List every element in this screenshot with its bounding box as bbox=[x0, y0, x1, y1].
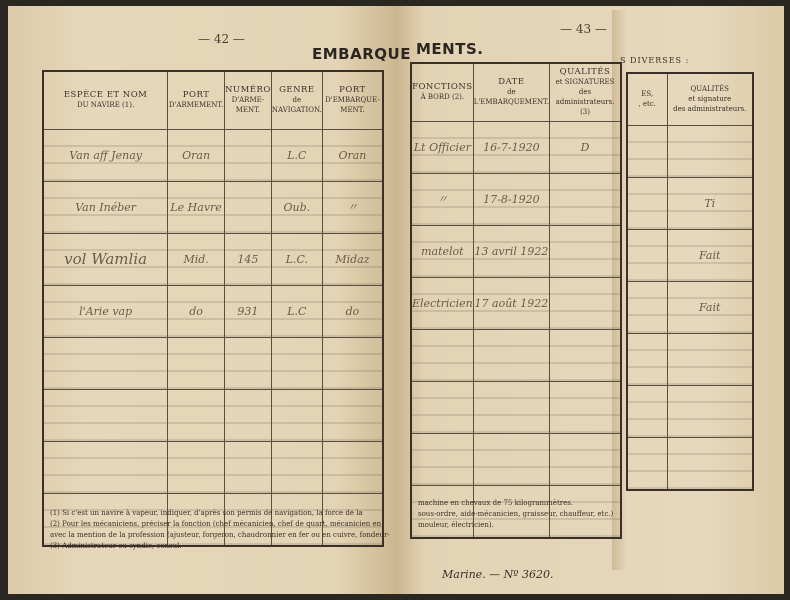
table-row: Van InéberLe HavreOub.〃 bbox=[43, 181, 383, 233]
table-row: Electricien17 août 1922 bbox=[411, 277, 621, 329]
table-row: Ti bbox=[627, 177, 753, 229]
table-row bbox=[627, 385, 753, 437]
col-port-embarquement: PORTD'EMBARQUE-MENT. bbox=[322, 71, 383, 129]
col-flap-1: ES,, etc. bbox=[627, 73, 667, 125]
table-row bbox=[627, 125, 753, 177]
table-row: matelot13 avril 1922 bbox=[411, 225, 621, 277]
flap-header: S DIVERSES : bbox=[620, 56, 689, 65]
table-row bbox=[627, 333, 753, 385]
table-row: 〃17-8-1920 bbox=[411, 173, 621, 225]
table-row: Fait bbox=[627, 281, 753, 333]
table-row bbox=[43, 389, 383, 441]
right-page-title: MENTS. bbox=[416, 40, 483, 58]
col-fonctions: FONCTIONSÀ BORD (2). bbox=[411, 63, 473, 121]
embarkation-table-left: ESPÈCE ET NOMDU NAVIRE (1). PORTD'ARMEME… bbox=[42, 70, 384, 547]
col-qualites-signatures: QUALITÉSet SIGNATURESdes administrateurs… bbox=[550, 63, 621, 121]
table-row bbox=[43, 441, 383, 493]
col-port-armement: PORTD'ARMEMENT. bbox=[168, 71, 225, 129]
diverses-table: ES,, etc. QUALITÉSet signaturedes admini… bbox=[626, 72, 754, 491]
col-genre-navigation: GENREde NAVIGATION. bbox=[271, 71, 322, 129]
col-flap-qualites: QUALITÉSet signaturedes administrateurs. bbox=[667, 73, 753, 125]
table-row bbox=[411, 433, 621, 485]
left-page-number: — 42 — bbox=[198, 32, 245, 46]
table-row: vol WamliaMid.145L.C.Midaz bbox=[43, 233, 383, 285]
table-row bbox=[411, 381, 621, 433]
left-footnotes: (1) Si c'est un navire à vapeur, indique… bbox=[50, 508, 390, 552]
col-numero-armement: NUMÉROD'ARME-MENT. bbox=[224, 71, 271, 129]
col-date-embarquement: DATEdeL'EMBARQUEMENT. bbox=[473, 63, 549, 121]
table-row: Fait bbox=[627, 229, 753, 281]
embarkation-table-right: FONCTIONSÀ BORD (2). DATEdeL'EMBARQUEMEN… bbox=[410, 62, 622, 539]
col-espece-nom: ESPÈCE ET NOMDU NAVIRE (1). bbox=[43, 71, 168, 129]
printer-imprint: Marine. — Nº 3620. bbox=[442, 568, 553, 581]
table-row: l'Arie vapdo931L.Cdo bbox=[43, 285, 383, 337]
right-footnotes: machine en chevaux de 75 kilogrammètres.… bbox=[418, 498, 628, 531]
table-row: Lt Officier16-7-1920D bbox=[411, 121, 621, 173]
table-row: Van aff JenayOranL.COran bbox=[43, 129, 383, 181]
right-page-number: — 43 — bbox=[560, 22, 607, 36]
table-row bbox=[627, 437, 753, 490]
left-page-title: EMBARQUE bbox=[312, 45, 411, 63]
table-row bbox=[411, 329, 621, 381]
table-row bbox=[43, 337, 383, 389]
